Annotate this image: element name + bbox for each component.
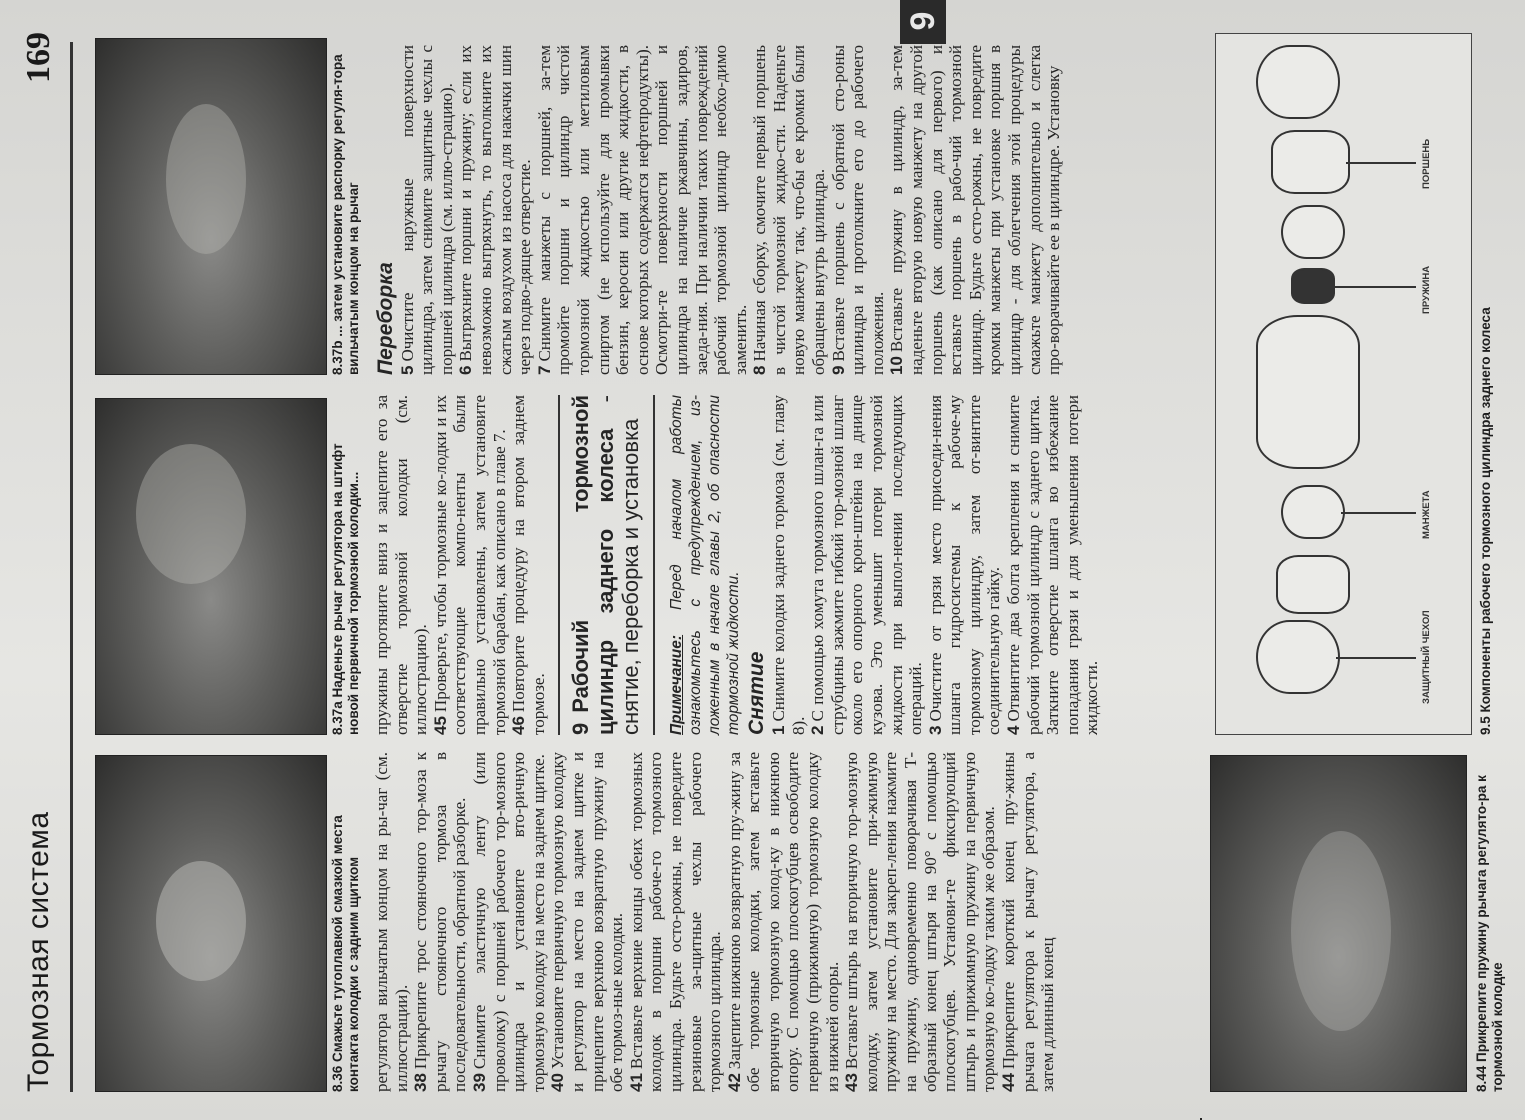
step-8: 8Начиная сборку, смочите первый поршень …: [750, 45, 828, 375]
paragraph-41: 41Вставьте верхние концы обеих тормозных…: [627, 752, 725, 1092]
step-2: 2С помощью хомута тормозного шлан-га или…: [808, 395, 926, 735]
diagram-9-5: ЗАЩИТНЫЙ ЧЕХОЛ МАНЖЕТА ПРУЖИНА ПОРШЕНЬ: [1215, 33, 1472, 735]
piston-right: [1271, 130, 1350, 194]
photo-8-37b: [95, 38, 327, 375]
caption-9-5: 9.5 Компоненты рабочего тормозного цилин…: [1478, 35, 1494, 735]
caption-8-36: 8.36 Смажьте тугоплавкой смазкой места к…: [330, 757, 362, 1092]
caption-8-44: 8.44 Прикрепите пружину рычага регулято-…: [1474, 757, 1506, 1092]
step-10: 10Вставьте пружину в цилиндр, за-тем над…: [887, 45, 1063, 375]
book-page: Тормозная система 169 8.36 Смажьте тугоп…: [0, 0, 1525, 1120]
paragraph-42: 42Зацепите нижнюю возвратную пру-жину за…: [725, 752, 843, 1092]
cup-seal-left: [1281, 485, 1345, 539]
step-1: 1Снимите колодки заднего тормоза (см. гл…: [769, 395, 808, 735]
chapter-title: Тормозная система: [22, 811, 56, 1092]
caption-8-37b: 8.37b ... затем установите распорку регу…: [330, 40, 362, 375]
text-column-middle: пружины протяните вниз и зацепите его за…: [372, 395, 1102, 735]
note: Примечание: Перед началом работы ознаком…: [667, 395, 743, 735]
step-3: 3Очистите от грязи место присоеди-нения …: [926, 395, 1004, 735]
text-column-left: регулятора вильчатым концом на ры-чаг (с…: [372, 752, 1058, 1092]
spring: [1291, 268, 1335, 304]
label-dust-boot: ЗАЩИТНЫЙ ЧЕХОЛ: [1421, 610, 1432, 704]
step-9: 9Вставьте поршень с обратной сто-роны ци…: [829, 45, 888, 375]
paragraph: пружины протяните вниз и зацепите его за…: [372, 395, 431, 735]
paragraph-45: 45Проверьте, чтобы тормозные ко-лодки и …: [431, 395, 509, 735]
dust-boot-left: [1256, 620, 1340, 694]
paragraph-43: 43Вставьте штырь на вторичную тор-мозную…: [842, 752, 999, 1092]
cup-seal-right: [1281, 205, 1345, 259]
piston-left: [1276, 555, 1350, 614]
paragraph-38: 38Прикрепите трос стояночного тор-моза к…: [411, 752, 470, 1092]
page-number: 169: [20, 32, 58, 83]
caption-8-37a: 8.37а Наденьте рычаг регулятора на штифт…: [330, 400, 362, 735]
section-heading-9: 9Рабочий тормозной цилиндр заднего колес…: [558, 395, 655, 735]
text-column-right: Переборка 5Очистите наружные поверхности…: [372, 45, 1064, 375]
subheading-removal: Снятие: [747, 395, 767, 735]
label-cup-seal: МАНЖЕТА: [1421, 490, 1432, 539]
page-header: Тормозная система 169: [18, 32, 88, 1092]
label-piston: ПОРШЕНЬ: [1421, 139, 1432, 189]
paragraph-46: 46Повторите процедуру на втором заднем т…: [509, 395, 548, 735]
label-spring: ПРУЖИНА: [1421, 266, 1432, 314]
paragraph-44: 44Прикрепите короткий конец пру-жины рыч…: [999, 752, 1058, 1092]
step-5: 5Очистите наружные поверхности цилиндра,…: [398, 45, 457, 375]
step-4: 4Отвинтите два болта крепления и снимите…: [1004, 395, 1102, 735]
header-rule: [70, 42, 73, 1092]
paragraph-40: 40Установите первичную тормозную колодку…: [548, 752, 626, 1092]
step-7: 7Снимите манжеты с поршней, за-тем промо…: [535, 45, 751, 375]
dust-boot-right: [1256, 45, 1340, 119]
step-6: 6Вытряхните поршни и пружину; если их не…: [456, 45, 534, 375]
paragraph: регулятора вильчатым концом на ры-чаг (с…: [372, 752, 411, 1092]
photo-8-37a: [95, 398, 327, 735]
cylinder-body: [1256, 315, 1360, 469]
chapter-tab: 9: [900, 0, 946, 44]
subheading-overhaul: Переборка: [376, 45, 396, 375]
photo-8-44: [1210, 755, 1467, 1092]
paragraph-39: 39Снимите эластичную ленту (или проволок…: [470, 752, 548, 1092]
photo-8-36: [95, 755, 327, 1092]
